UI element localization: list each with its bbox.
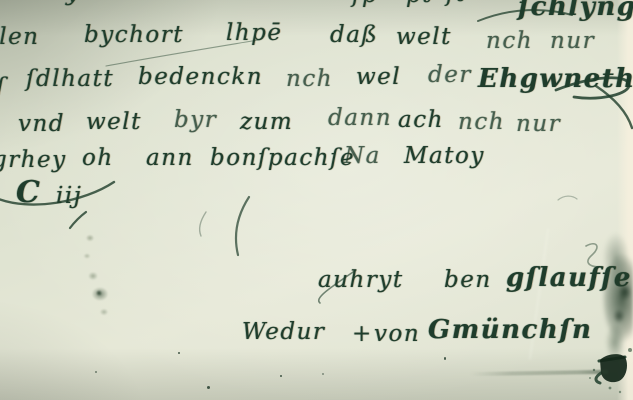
handwritten-word: dann <box>328 105 392 131</box>
ink-dot <box>95 371 97 373</box>
handwritten-word: wel <box>356 64 401 90</box>
handwritten-word: Wedur <box>242 319 325 345</box>
handwritten-word: bychort <box>84 22 184 48</box>
ink-dot <box>178 352 180 354</box>
ink-flourishes <box>0 0 633 400</box>
handwriting-line-2: ſ ſdlhatt bedenckn nch wel der Ehgwneth <box>0 64 633 108</box>
handwritten-word: nch <box>286 66 333 92</box>
handwritten-word: der <box>428 62 472 88</box>
handwriting-line-3: vnd welt byr zum dann ach nch nur <box>0 109 633 153</box>
handwritten-word: ſ <box>0 74 6 100</box>
handwritten-word: y <box>66 0 81 6</box>
signature-descender-tail <box>319 270 356 303</box>
handwritten-word: nch <box>486 28 533 54</box>
corner-blob-hook <box>596 373 601 383</box>
handwritten-word: bonſpachſe <box>210 145 355 171</box>
handwritten-word: ſt <box>446 0 467 7</box>
handwritten-word: pt <box>406 0 433 8</box>
handwritten-word: alen <box>0 24 40 50</box>
ink-dot <box>444 357 446 360</box>
handwritten-word: Gmünchſn <box>428 315 592 345</box>
ink-smudge-right-edge <box>595 220 633 360</box>
handwritten-word: ann <box>146 145 194 171</box>
handwritten-word: daß <box>330 22 378 48</box>
handwriting-line-5-quire-mark: C iij <box>0 179 633 223</box>
handwritten-word: auhryt <box>318 267 404 293</box>
handwritten-word: Matoy <box>404 143 485 169</box>
handwriting-line-top-fragments: y ſp pt ſt ſchlyng <box>0 0 633 24</box>
ink-streak-bottom <box>470 370 608 376</box>
handwritten-word: bedenckn <box>138 64 263 90</box>
handwritten-word: welt <box>86 109 142 135</box>
faint-descender-stroke <box>200 212 206 236</box>
handwritten-word: Ehgwneth <box>478 64 633 94</box>
handwritten-word: oh <box>82 145 114 171</box>
handwritten-word: vnd <box>18 111 65 137</box>
faint-tick-stroke <box>558 196 577 200</box>
handwritten-word: nur <box>550 28 595 54</box>
handwritten-word: ſp <box>352 0 378 8</box>
handwritten-word: grhey <box>0 147 67 173</box>
handwriting-line-4: grhey oh ann bonſpachſe Na Matoy <box>0 145 633 189</box>
handwritten-word: ach <box>398 107 444 133</box>
handwritten-word: ſchlyng <box>518 0 633 22</box>
handwritten-word: ſdlhatt <box>26 66 114 92</box>
handwritten-word: welt <box>396 24 452 50</box>
handwritten-word: von <box>374 321 420 347</box>
handwritten-word: ben <box>444 267 492 293</box>
top-right-flourish-stroke <box>478 10 572 21</box>
handwritten-word: lhpē <box>226 20 283 46</box>
stray-descender-stroke <box>236 197 249 255</box>
quire-mark-swash <box>0 182 114 205</box>
ink-dot <box>280 375 282 377</box>
handwritten-word: nur <box>516 111 561 137</box>
handwritten-word: Na <box>344 143 381 169</box>
handwritten-word: zum <box>240 109 293 135</box>
handwritten-word: byr <box>174 107 217 133</box>
ink-dot <box>322 373 324 375</box>
ink-stain-speckles-left <box>70 224 116 326</box>
handwritten-word: + <box>352 321 373 347</box>
paper-crease <box>529 229 549 360</box>
handwritten-word: C <box>16 175 41 210</box>
line1-hairline-stroke <box>106 40 258 66</box>
ink-dot <box>207 386 210 389</box>
handwritten-word: iij <box>56 183 82 209</box>
handwritten-word: nch <box>458 109 505 135</box>
manuscript-photo: y ſp pt ſt ſchlyng alen bychort lhpē daß… <box>0 0 633 400</box>
handwriting-line-1: alen bychort lhpē daß welt nch nur <box>0 22 633 66</box>
